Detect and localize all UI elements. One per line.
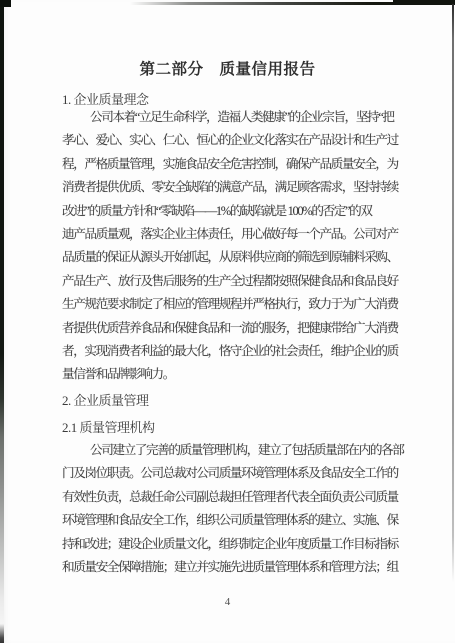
text-line: 有效性负责，总裁任命公司副总裁担任管理者代表全面负责公司质量 xyxy=(62,486,402,509)
text-line: 消费者提供优质、零安全缺陷的满意产品，满足顾客需求，坚持持续 xyxy=(62,176,402,199)
section-heading-quality-management-org: 2.1 质量管理机构 xyxy=(62,417,155,436)
text-line: 公司建立了完善的质量管理机构，建立了包括质量部在内的各部 xyxy=(62,439,402,462)
text-line: 持和改进；建设企业质量文化，组织制定企业年度质量工作目标指标 xyxy=(62,533,402,556)
text-line: 生产规范要求制定了相应的管理规程并严格执行，致力于为广大消费 xyxy=(62,293,402,316)
text-line: 产品生产、放行及售后服务的生产全过程都按照保健食品和食品良好 xyxy=(62,270,402,293)
text-line: 品质量的保证从源头开始抓起，从原料供应商的筛选到原辅料采购、 xyxy=(62,246,402,269)
text-line: 改进”的质量方针和“零缺陷——1%的缺陷就是 100%的否定”的双 xyxy=(62,200,402,223)
scan-corner-mark-top-right xyxy=(393,0,455,5)
text-line: 和质量安全保障措施；建立并实施先进质量管理体系和管理方法；组 xyxy=(62,556,402,579)
text-line: 程，严格质量管理，实施食品安全危害控制，确保产品质量安全，为 xyxy=(62,153,402,176)
text-line: 量信誉和品牌影响力。 xyxy=(62,363,402,386)
paragraph-quality-management-org: 公司建立了完善的质量管理机构，建立了包括质量部在内的各部 门及岗位职责。公司总裁… xyxy=(62,439,402,579)
scan-edge-right xyxy=(452,4,454,582)
text-line: 环境管理和食品安全工作，组织公司质量管理体系的建立、实施、保 xyxy=(62,509,402,532)
text-line: 公司本着“立足生命科学，造福人类健康”的企业宗旨，坚持“把 xyxy=(62,106,402,129)
document-page: 第二部分 质量信用报告 1. 企业质量理念 公司本着“立足生命科学，造福人类健康… xyxy=(0,0,455,643)
scan-edge-left xyxy=(0,0,4,643)
text-line: 者提供优质营养食品和保健食品和一流的服务，把健康带给广大消费 xyxy=(62,317,402,340)
text-line: 门及岗位职责。公司总裁对公司质量环境管理体系及食品安全工作的 xyxy=(62,462,402,485)
text-line: 迪产品质量观，落实企业主体责任，用心做好每一个产品。公司对产 xyxy=(62,223,402,246)
section-heading-quality-management: 2. 企业质量管理 xyxy=(62,390,149,409)
paragraph-quality-philosophy: 公司本着“立足生命科学，造福人类健康”的企业宗旨，坚持“把 孝心、爱心、实心、仁… xyxy=(62,106,402,387)
text-line: 者，实现消费者利益的最大化，恪守企业的社会责任，维护企业的质 xyxy=(62,340,402,363)
page-number: 4 xyxy=(0,596,455,608)
report-title: 第二部分 质量信用报告 xyxy=(0,57,455,79)
text-line: 孝心、爱心、实心、仁心、恒心的企业文化落实在产品设计和生产过 xyxy=(62,129,402,152)
scan-corner-mark-top-left xyxy=(0,0,11,7)
